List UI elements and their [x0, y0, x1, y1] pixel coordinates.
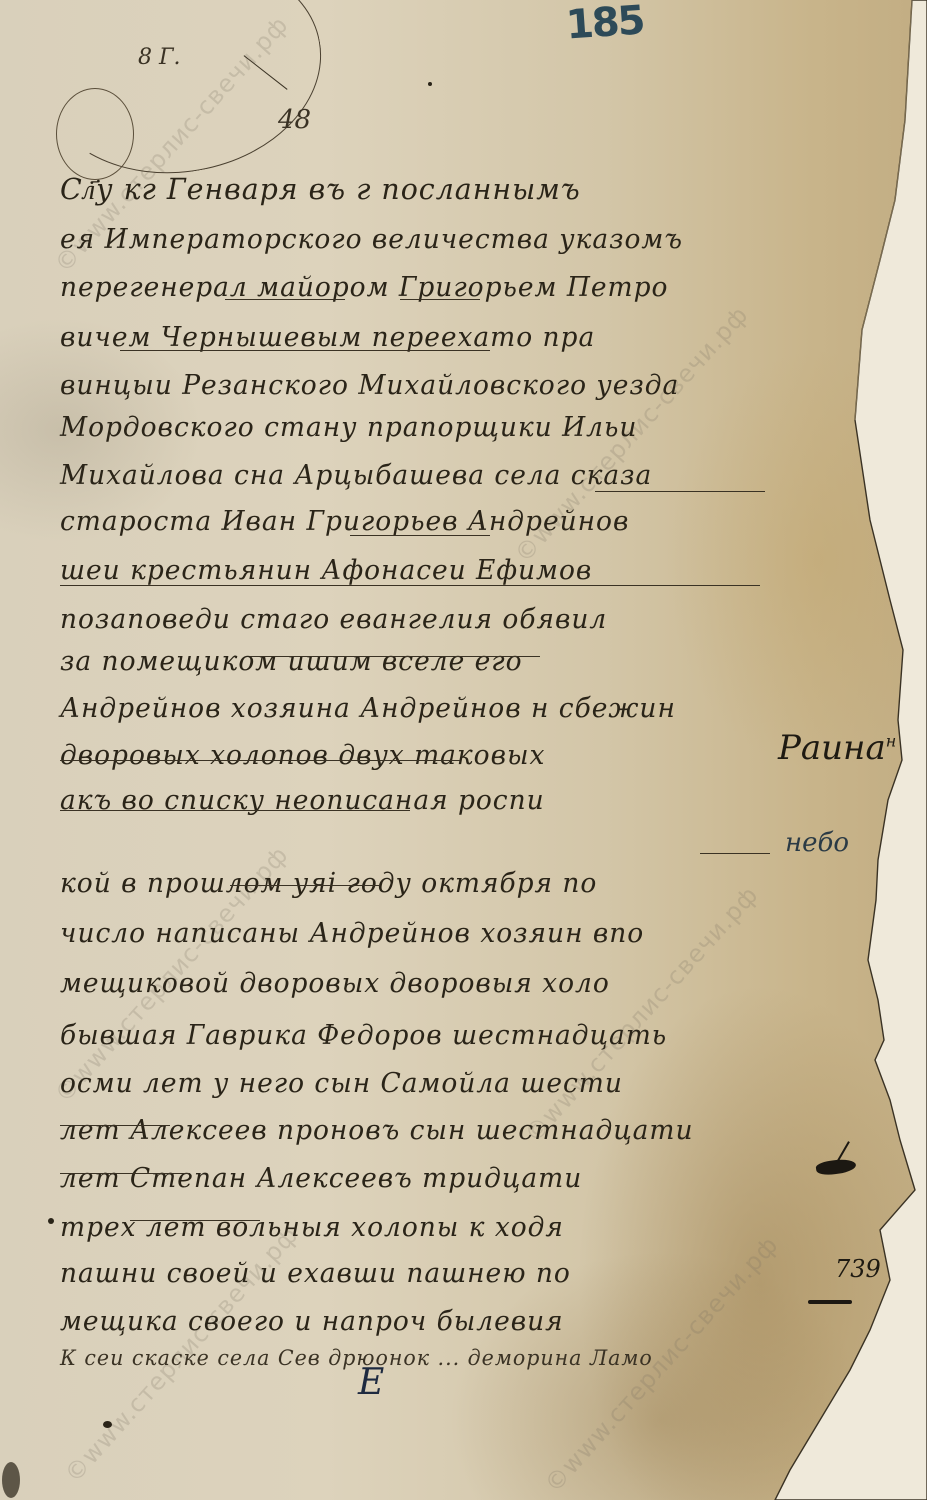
text-line: вичем Чернышевым переехато пра	[60, 322, 595, 353]
text-line: староста Иван Григорьев Андрейнов	[60, 506, 629, 537]
underline-stroke	[60, 810, 410, 811]
text-line: дворовых холопов двух таковых	[60, 740, 545, 771]
folio-number-pencil: 185	[564, 0, 645, 49]
underline-stroke	[120, 350, 490, 351]
text-line: винцыи Резанского Михайловского уезда	[60, 370, 679, 401]
underline-stroke	[130, 1220, 260, 1221]
corner-mark: 8 Г.	[138, 45, 181, 70]
text-line: мещиковой дворовых дворовыя холо	[60, 968, 610, 999]
manuscript-page: ©www.стерлис-свечи.рф ©www.стерлис-свечи…	[0, 0, 927, 1500]
ink-dot	[103, 1421, 112, 1428]
margin-note-superscript: н	[886, 732, 897, 751]
text-line: перегенерал майором Григорьем Петро	[60, 272, 668, 303]
text-line: за помещиком ишим вселе его	[60, 646, 523, 677]
ink-dot	[428, 82, 432, 86]
text-line: шеи крестьянин Афонасеи Ефимов	[60, 555, 592, 586]
text-line: Михайлова сна Арцыбашева села сказа	[60, 460, 652, 491]
text-line: ея Императорского величества указомъ	[60, 224, 683, 255]
underline-stroke	[60, 760, 460, 761]
text-line: позаповеди стаго евангелия обявил	[60, 604, 607, 635]
ink-dot	[48, 1218, 54, 1224]
text-line: число написаны Андрейнов хозяин впо	[60, 918, 644, 949]
text-line: пашни своей и ехавши пашнею по	[60, 1258, 571, 1289]
underline-stroke	[595, 491, 765, 492]
bottom-mark: Е	[358, 1362, 384, 1403]
text-line: осми лет у него сын Самойла шести	[60, 1068, 623, 1099]
text-line: Андрейнов хозяина Андрейнов н сбежин	[60, 693, 676, 724]
underline-stroke	[350, 535, 490, 536]
folio-number-ink: 48	[278, 105, 311, 135]
margin-note-right-middle: небо	[785, 828, 849, 858]
text-line: лет Алексеев проновъ сын шестнадцати	[60, 1115, 693, 1146]
text-line: трех лет вольныя холопы к ходя	[60, 1212, 564, 1243]
text-line: Сл҃у кг Генваря въ г посланнымъ	[60, 172, 581, 207]
underline-stroke	[60, 585, 760, 586]
text-line: Мордовского стану прапорщики Ильи	[60, 412, 637, 443]
margin-note-right-lower: 739	[835, 1255, 881, 1283]
underline-stroke	[60, 1125, 170, 1126]
text-line: мещика своего и напроч былевия	[60, 1306, 564, 1337]
text-line: К сеи скаске села Сев дрюонок ... демори…	[60, 1346, 653, 1370]
underline-stroke	[60, 1173, 190, 1174]
text-line: бывшая Гаврика Федоров шестнадцать	[60, 1020, 667, 1051]
oval-small-outline	[56, 88, 134, 180]
text-line: лет Степан Алексеевъ тридцати	[60, 1163, 582, 1194]
margin-note-right-upper: Раинан	[778, 728, 896, 768]
margin-dash	[808, 1300, 852, 1304]
underline-stroke	[225, 299, 345, 300]
underline-stroke	[400, 299, 480, 300]
margin-note-text: Раина	[778, 728, 886, 768]
underline-stroke	[230, 885, 380, 886]
underline-stroke	[700, 853, 770, 854]
text-line: акъ во списку неописаная роспи	[60, 785, 545, 816]
underline-stroke	[250, 656, 540, 657]
text-line: кой в прошлом уяi году октября по	[60, 868, 597, 899]
ink-stain	[2, 1462, 20, 1498]
